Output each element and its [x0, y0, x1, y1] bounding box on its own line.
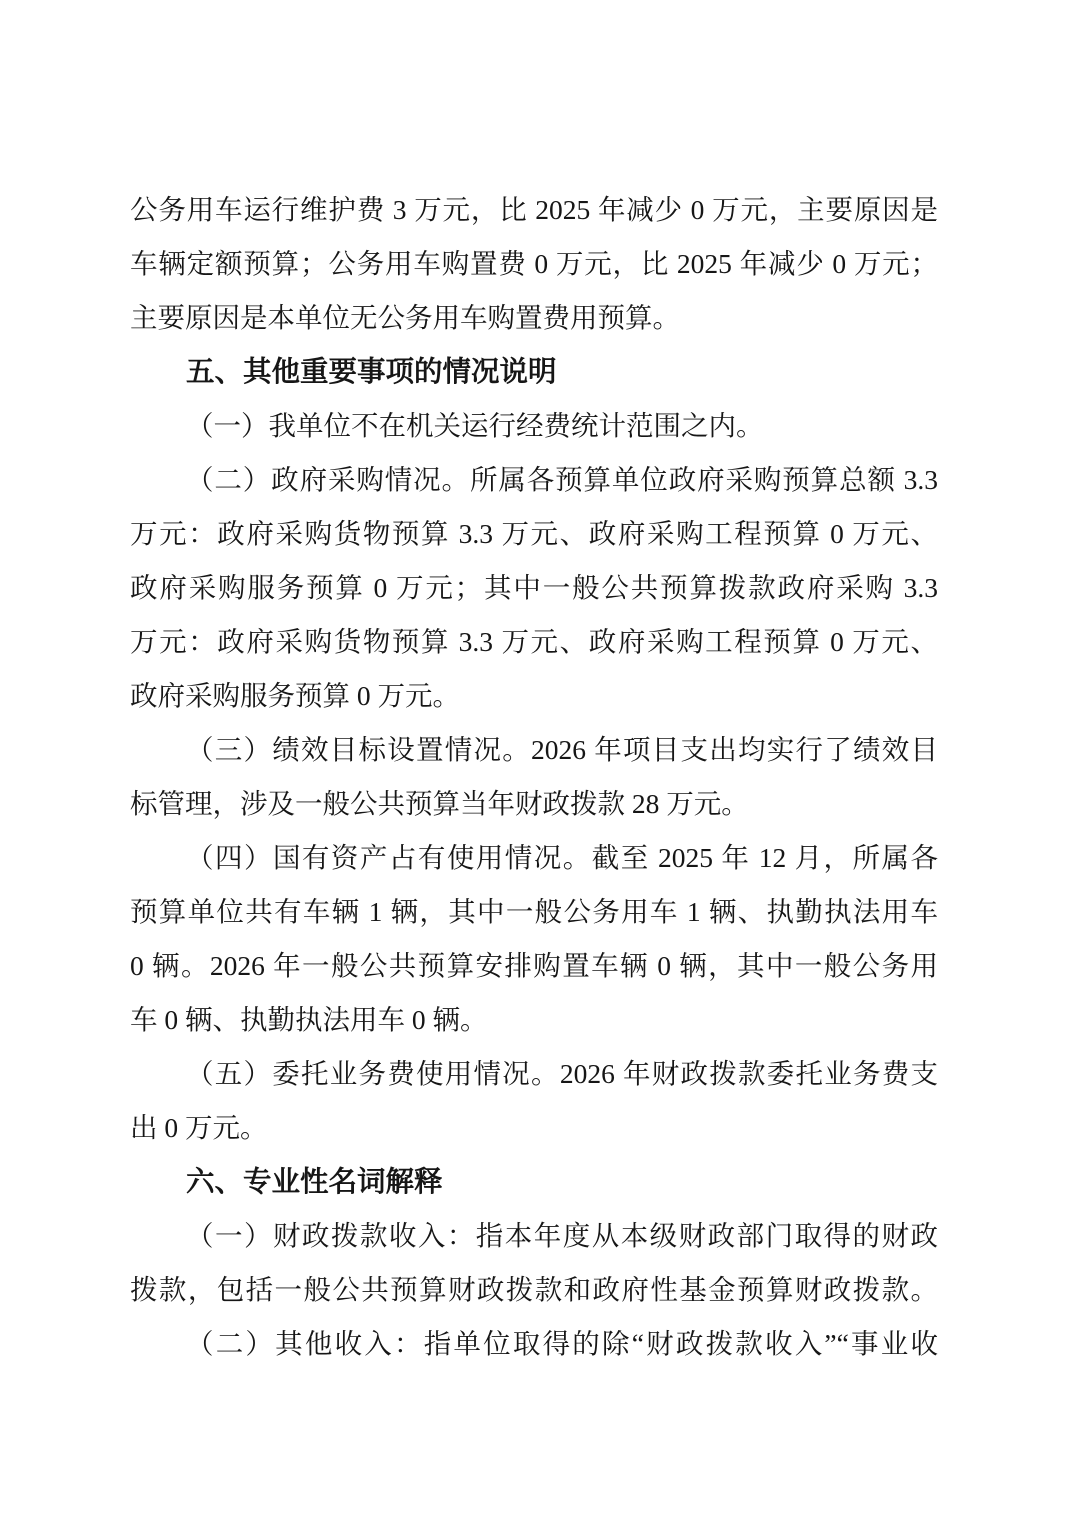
text-line: （三）绩效目标设置情况。2026 年项目支出均实行了绩效目 [130, 723, 938, 777]
text-line: 标管理，涉及一般公共预算当年财政拨款 28 万元。 [130, 777, 938, 831]
section-heading: 五、其他重要事项的情况说明 [130, 345, 938, 399]
text-line: 预算单位共有车辆 1 辆，其中一般公务用车 1 辆、执勤执法用车 [130, 885, 938, 939]
document-page: 公务用车运行维护费 3 万元，比 2025 年减少 0 万元，主要原因是车辆定额… [0, 0, 1074, 1520]
text-line: （一）我单位不在机关运行经费统计范围之内。 [130, 399, 938, 453]
text-line: 政府采购服务预算 0 万元。 [130, 669, 938, 723]
text-line: （一）财政拨款收入：指本年度从本级财政部门取得的财政 [130, 1209, 938, 1263]
text-line: 公务用车运行维护费 3 万元，比 2025 年减少 0 万元，主要原因是 [130, 183, 938, 237]
text-line: （四）国有资产占有使用情况。截至 2025 年 12 月，所属各 [130, 831, 938, 885]
text-line: （二）其他收入：指单位取得的除“财政拨款收入”“事业收 [130, 1317, 938, 1371]
text-line: 出 0 万元。 [130, 1101, 938, 1155]
text-line: 车 0 辆、执勤执法用车 0 辆。 [130, 993, 938, 1047]
text-line: （五）委托业务费使用情况。2026 年财政拨款委托业务费支 [130, 1047, 938, 1101]
text-line: 政府采购服务预算 0 万元；其中一般公共预算拨款政府采购 3.3 [130, 561, 938, 615]
text-line: 万元：政府采购货物预算 3.3 万元、政府采购工程预算 0 万元、 [130, 507, 938, 561]
text-line: 拨款，包括一般公共预算财政拨款和政府性基金预算财政拨款。 [130, 1263, 938, 1317]
text-line: （二）政府采购情况。所属各预算单位政府采购预算总额 3.3 [130, 453, 938, 507]
text-line: 车辆定额预算；公务用车购置费 0 万元，比 2025 年减少 0 万元； [130, 237, 938, 291]
text-line: 万元：政府采购货物预算 3.3 万元、政府采购工程预算 0 万元、 [130, 615, 938, 669]
text-line: 0 辆。2026 年一般公共预算安排购置车辆 0 辆，其中一般公务用 [130, 939, 938, 993]
section-heading: 六、专业性名词解释 [130, 1155, 938, 1209]
document-body: 公务用车运行维护费 3 万元，比 2025 年减少 0 万元，主要原因是车辆定额… [130, 183, 938, 1371]
text-line: 主要原因是本单位无公务用车购置费用预算。 [130, 291, 938, 345]
